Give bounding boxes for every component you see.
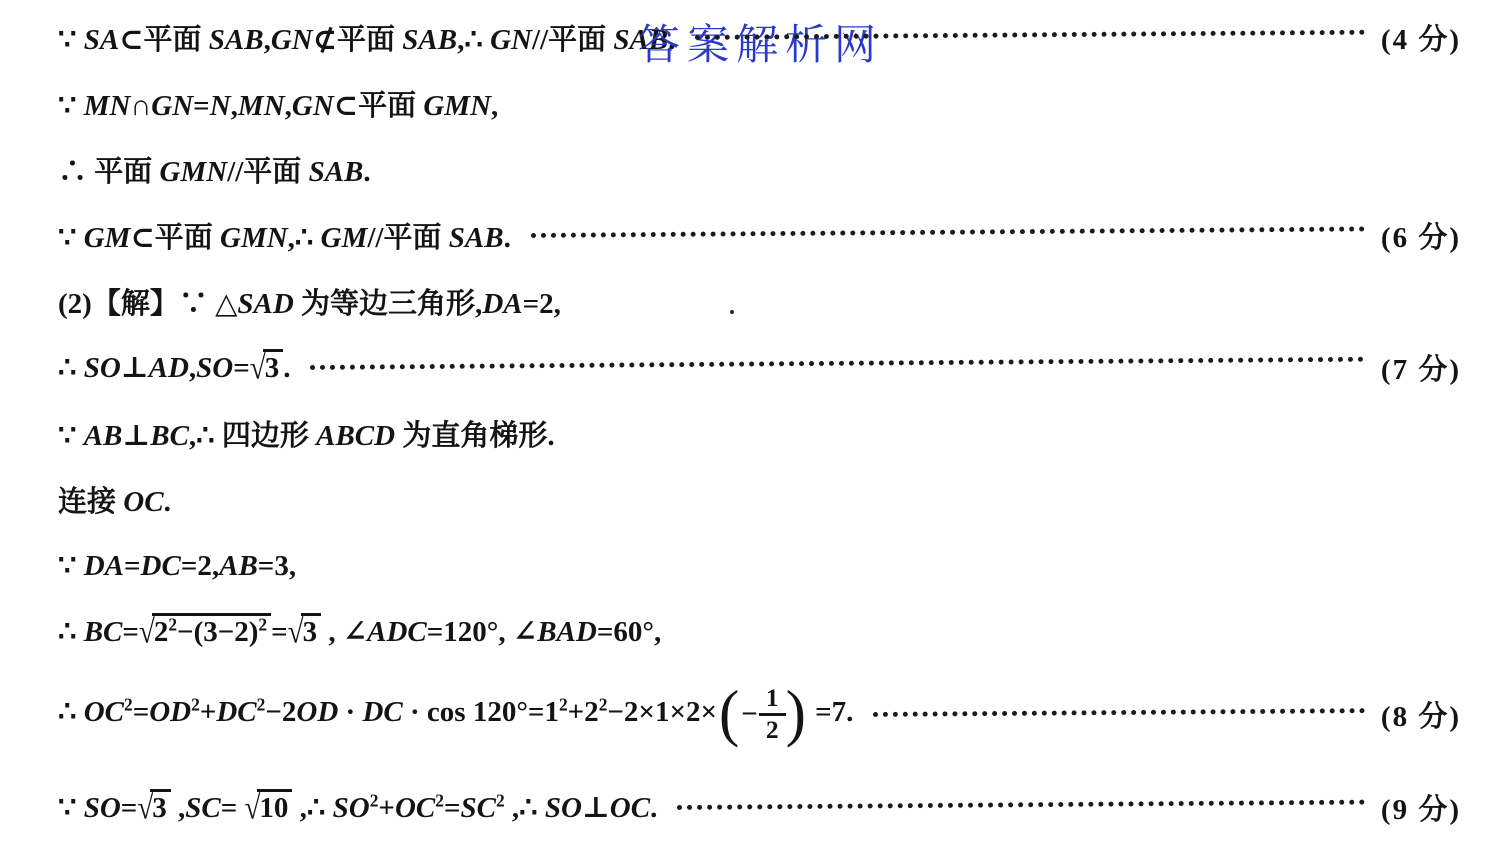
variable: DC bbox=[216, 696, 256, 728]
text-run: = bbox=[221, 792, 245, 824]
text-run: + bbox=[378, 792, 395, 824]
text-run: 2 bbox=[154, 616, 169, 648]
fraction-in-parens: (−12) bbox=[719, 685, 806, 744]
text-run: . bbox=[283, 352, 290, 384]
superscript: 2 bbox=[435, 790, 444, 810]
sqrt-expression: √10 bbox=[245, 789, 293, 825]
score-label: (6 分) bbox=[1381, 215, 1461, 256]
text-run: ∵ bbox=[58, 90, 84, 122]
text-run: =7. bbox=[808, 696, 854, 728]
text-run: //平面 bbox=[532, 24, 613, 56]
variable: SO bbox=[333, 792, 370, 824]
solution-line-6: ∴ SO⊥AD,SO=√3.(7 分) bbox=[58, 334, 1461, 400]
dot-leader bbox=[310, 356, 1364, 369]
text-run: ,∴ bbox=[457, 24, 490, 56]
solution-line-9: ∵ DA=DC=2,AB=3, bbox=[58, 532, 1461, 598]
document-page: 答案解析网 ∵ SA⊂平面 SAB,GN⊄平面 SAB,∴ GN//平面 SAB… bbox=[0, 0, 1487, 855]
math-content: ∵ DA=DC=2,AB=3, bbox=[58, 548, 296, 583]
numerator: 1 bbox=[759, 685, 786, 716]
math-content: ∴ BC=√22−(3−2)2=√3 , ∠ADC=120°, ∠BAD=60°… bbox=[58, 613, 661, 649]
text-run: . bbox=[650, 792, 657, 824]
text-run: −(3−2) bbox=[177, 616, 258, 648]
variable: GN bbox=[151, 90, 193, 122]
text-run: //平面 bbox=[367, 222, 448, 254]
math-content: ∵ MN∩GN=N,MN,GN⊂平面 GMN, bbox=[58, 83, 498, 124]
solution-line-1: ∵ SA⊂平面 SAB,GN⊄平面 SAB,∴ GN//平面 SAB.(4 分) bbox=[58, 4, 1461, 70]
text-run: ⊥ bbox=[582, 792, 610, 824]
text-run: 10 bbox=[259, 792, 288, 824]
solution-line-8: 连接 OC. bbox=[58, 466, 1461, 532]
solution-line-7: ∵ AB⊥BC,∴ 四边形 ABCD 为直角梯形. bbox=[58, 400, 1461, 466]
variable: BC bbox=[150, 420, 189, 452]
math-content: ∴ SO⊥AD,SO=√3. bbox=[58, 349, 290, 385]
variable: DA bbox=[482, 288, 522, 320]
text-run: . bbox=[668, 24, 675, 56]
solution-line-4: ∵ GM⊂平面 GMN,∴ GM//平面 SAB.(6 分) bbox=[58, 202, 1461, 268]
math-content: ∵ GM⊂平面 GMN,∴ GM//平面 SAB. bbox=[58, 215, 511, 256]
math-content: ∵ SO=√3 ,SC= √10 ,∴ SO2+OC2=SC2 ,∴ SO⊥OC… bbox=[58, 789, 657, 825]
math-content: ∴ 平面 GMN//平面 SAB. bbox=[58, 149, 371, 190]
variable: SO bbox=[545, 792, 582, 824]
sqrt-expression: √3 bbox=[250, 349, 283, 385]
score-label: (7 分) bbox=[1381, 347, 1461, 388]
text-run: =120°, ∠ bbox=[427, 616, 537, 648]
text-run: −2×1×2× bbox=[607, 696, 717, 728]
variable: SAB bbox=[209, 24, 264, 56]
superscript: 2 bbox=[191, 694, 200, 714]
text-run: , bbox=[285, 90, 292, 122]
variable: SA bbox=[84, 24, 119, 56]
sqrt-expression: √3 bbox=[288, 613, 321, 649]
solution-line-5: (2)【解】∵ △SAD 为等边三角形,DA=2, bbox=[58, 268, 1461, 334]
solution-line-3: ∴ 平面 GMN//平面 SAB. bbox=[58, 136, 1461, 202]
text-run: , bbox=[264, 24, 271, 56]
text-run: ∵ bbox=[58, 24, 84, 56]
math-content: 连接 OC. bbox=[58, 479, 171, 520]
variable: GN bbox=[292, 90, 334, 122]
variable: N bbox=[210, 90, 231, 122]
variable: ADC bbox=[367, 616, 427, 648]
text-run: = bbox=[233, 352, 250, 384]
text-run: · bbox=[338, 696, 362, 728]
solution-line-12: ∵ SO=√3 ,SC= √10 ,∴ SO2+OC2=SC2 ,∴ SO⊥OC… bbox=[58, 774, 1461, 840]
dot-leader bbox=[677, 799, 1365, 809]
sqrt-expression: √22−(3−2)2 bbox=[139, 613, 271, 649]
text-run: , bbox=[231, 90, 238, 122]
dot-leader bbox=[531, 226, 1365, 238]
variable: SAB bbox=[613, 24, 668, 56]
text-run: ∵ bbox=[58, 792, 84, 824]
variable: SO bbox=[196, 352, 233, 384]
radical-sign: √ bbox=[250, 350, 266, 388]
text-run: . bbox=[504, 222, 511, 254]
text-run: ⊂平面 bbox=[130, 222, 220, 254]
text-run: · cos 120°=1 bbox=[403, 696, 559, 728]
variable: SAB bbox=[449, 222, 504, 254]
text-run: (2)【解】∵ △ bbox=[58, 288, 237, 320]
text-run: , bbox=[491, 90, 498, 122]
variable: AB bbox=[219, 550, 258, 582]
variable: OC bbox=[610, 792, 650, 824]
text-run: = bbox=[124, 550, 141, 582]
score-label: (9 分) bbox=[1381, 787, 1461, 828]
fraction-sign: − bbox=[741, 698, 758, 731]
math-content: ∴ OC2=OD2+DC2−2OD · DC · cos 120°=12+22−… bbox=[58, 685, 853, 744]
variable: DC bbox=[141, 550, 181, 582]
variable: DC bbox=[362, 696, 402, 728]
variable: SO bbox=[84, 792, 121, 824]
text-run: =2, bbox=[181, 550, 219, 582]
text-run: =2, bbox=[523, 288, 561, 320]
text-run: = bbox=[122, 616, 139, 648]
text-run: ∴ bbox=[58, 696, 84, 728]
variable: BAD bbox=[537, 616, 597, 648]
text-run: = bbox=[133, 696, 150, 728]
variable: OD bbox=[149, 696, 191, 728]
superscript: 2 bbox=[496, 790, 505, 810]
text-run: 为等边三角形, bbox=[294, 288, 483, 320]
text-run: 连接 bbox=[58, 486, 123, 518]
math-content: ∵ AB⊥BC,∴ 四边形 ABCD 为直角梯形. bbox=[58, 413, 555, 454]
text-run: +2 bbox=[568, 696, 599, 728]
variable: SAB bbox=[309, 156, 364, 188]
variable: SC bbox=[460, 792, 495, 824]
scan-speck bbox=[730, 310, 734, 314]
variable: SO bbox=[84, 352, 121, 384]
variable: AB bbox=[84, 420, 123, 452]
math-content: (2)【解】∵ △SAD 为等边三角形,DA=2, bbox=[58, 281, 561, 322]
variable: OD bbox=[296, 696, 338, 728]
superscript: 2 bbox=[124, 694, 133, 714]
variable: BC bbox=[84, 616, 123, 648]
text-run: 3 bbox=[303, 616, 318, 648]
text-run: ∴ bbox=[58, 616, 84, 648]
text-run: , ∠ bbox=[321, 616, 367, 648]
text-run: =3, bbox=[258, 550, 296, 582]
text-run: ∴ 平面 bbox=[58, 156, 160, 188]
text-run: 为直角梯形. bbox=[395, 420, 555, 452]
open-paren: ( bbox=[719, 688, 739, 739]
variable: OC bbox=[84, 696, 124, 728]
text-run: ⊂平面 bbox=[334, 90, 424, 122]
radical-sign: √ bbox=[245, 790, 261, 828]
text-run: −2 bbox=[265, 696, 296, 728]
superscript: 2 bbox=[168, 614, 177, 634]
text-run: ,∴ 四边形 bbox=[189, 420, 316, 452]
text-run: ∵ bbox=[58, 550, 84, 582]
text-run: ⊂平面 bbox=[119, 24, 209, 56]
score-label: (8 分) bbox=[1381, 694, 1461, 735]
superscript: 2 bbox=[258, 614, 267, 634]
variable: SC bbox=[185, 792, 220, 824]
text-run: ,∴ bbox=[292, 792, 332, 824]
text-run: = bbox=[444, 792, 461, 824]
fraction: 12 bbox=[759, 685, 786, 744]
variable: GM bbox=[321, 222, 368, 254]
solution-line-10: ∴ BC=√22−(3−2)2=√3 , ∠ADC=120°, ∠BAD=60°… bbox=[58, 598, 1461, 664]
text-run: ∴ bbox=[58, 352, 84, 384]
text-run: , bbox=[171, 792, 186, 824]
text-run: ⊥ bbox=[122, 420, 150, 452]
variable: SAB bbox=[402, 24, 457, 56]
variable: SAD bbox=[237, 288, 293, 320]
variable: GMN bbox=[220, 222, 288, 254]
text-run: ,∴ bbox=[505, 792, 545, 824]
denominator: 2 bbox=[766, 716, 779, 744]
text-run: = bbox=[271, 616, 288, 648]
variable: GMN bbox=[423, 90, 491, 122]
close-paren: ) bbox=[786, 688, 806, 739]
text-run: + bbox=[200, 696, 217, 728]
variable: GMN bbox=[160, 156, 228, 188]
variable: MN bbox=[84, 90, 131, 122]
radicand: 22−(3−2)2 bbox=[152, 613, 271, 649]
text-run: ,∴ bbox=[288, 222, 321, 254]
variable: OC bbox=[123, 486, 163, 518]
text-run: ∩ bbox=[130, 90, 151, 122]
radical-sign: √ bbox=[288, 614, 304, 652]
variable: OC bbox=[395, 792, 435, 824]
sqrt-expression: √3 bbox=[137, 789, 170, 825]
solution-line-2: ∵ MN∩GN=N,MN,GN⊂平面 GMN, bbox=[58, 70, 1461, 136]
solution-line-11: ∴ OC2=OD2+DC2−2OD · DC · cos 120°=12+22−… bbox=[58, 664, 1461, 764]
solution-lines: ∵ SA⊂平面 SAB,GN⊄平面 SAB,∴ GN//平面 SAB.(4 分)… bbox=[58, 4, 1461, 840]
variable: GM bbox=[84, 222, 131, 254]
text-run: =60°, bbox=[597, 616, 661, 648]
text-run: . bbox=[363, 156, 370, 188]
dot-leader bbox=[695, 29, 1365, 39]
text-run: ∵ bbox=[58, 222, 84, 254]
variable: GN bbox=[490, 24, 532, 56]
superscript: 2 bbox=[559, 694, 568, 714]
text-run: 3 bbox=[265, 352, 280, 384]
variable: AD bbox=[149, 352, 189, 384]
score-label: (4 分) bbox=[1381, 17, 1461, 58]
variable: GN bbox=[271, 24, 313, 56]
text-run: 3 bbox=[152, 792, 167, 824]
variable: DA bbox=[84, 550, 124, 582]
text-run: ⊄平面 bbox=[313, 24, 403, 56]
dot-leader bbox=[873, 708, 1365, 717]
text-run: //平面 bbox=[227, 156, 308, 188]
text-run: = bbox=[121, 792, 138, 824]
radicand: 10 bbox=[257, 789, 292, 825]
variable: MN bbox=[238, 90, 285, 122]
text-run: ∵ bbox=[58, 420, 84, 452]
variable: ABCD bbox=[316, 420, 395, 452]
radical-sign: √ bbox=[139, 614, 155, 652]
text-run: = bbox=[193, 90, 210, 122]
radical-sign: √ bbox=[137, 790, 153, 828]
math-content: ∵ SA⊂平面 SAB,GN⊄平面 SAB,∴ GN//平面 SAB. bbox=[58, 17, 675, 58]
text-run: . bbox=[164, 486, 171, 518]
text-run: ⊥ bbox=[121, 352, 149, 384]
